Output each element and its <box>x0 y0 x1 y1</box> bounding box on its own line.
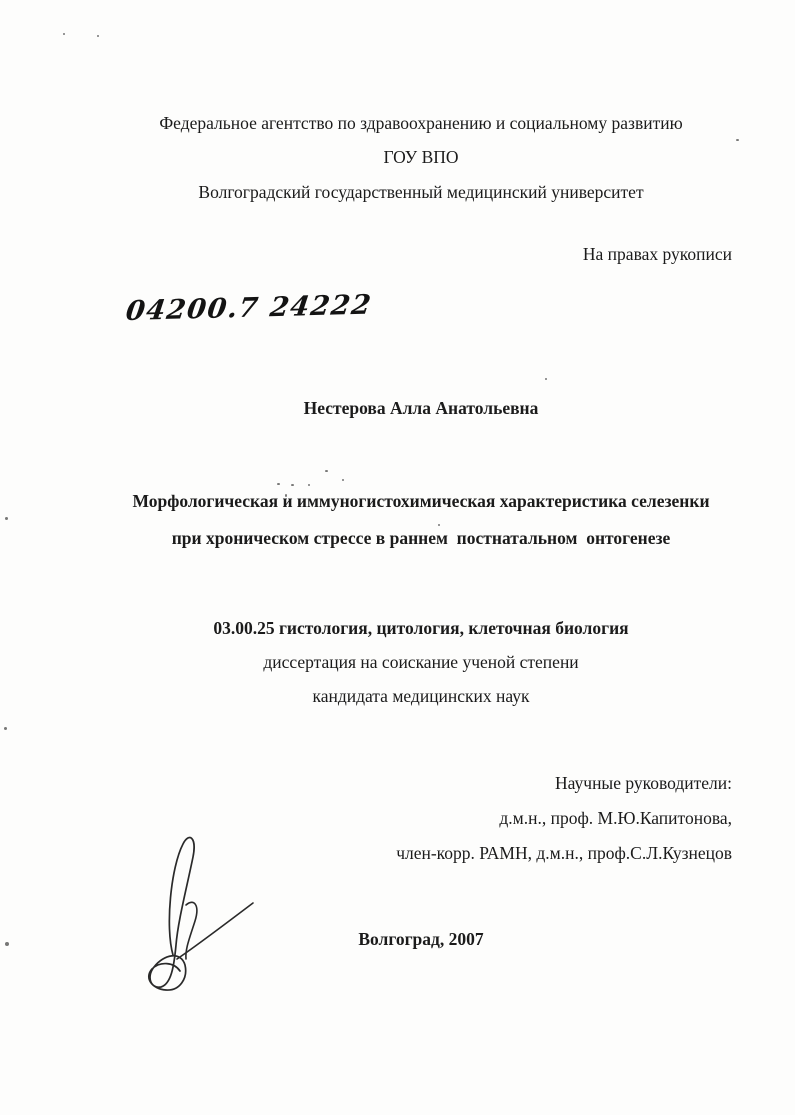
signature <box>140 831 258 999</box>
handwritten-registration-number: 04200.7 24222 <box>124 290 374 327</box>
scan-speck <box>97 35 99 37</box>
scan-speck <box>285 494 287 497</box>
scan-speck <box>63 33 65 35</box>
scan-speck <box>545 378 547 380</box>
scan-speck <box>277 483 280 485</box>
dissertation-title-line1: Морфологическая и иммуногистохимическая … <box>110 490 732 512</box>
thesis-degree-line1: диссертация на соискание ученой степени <box>110 651 732 673</box>
thesis-degree-line2: кандидата медицинских наук <box>110 685 732 707</box>
dissertation-title-page: Федеральное агентство по здравоохранению… <box>0 0 795 1115</box>
author-name: Нестерова Алла Анатольевна <box>110 397 732 419</box>
header-gou-vpo: ГОУ ВПО <box>110 146 732 168</box>
scan-speck <box>736 139 739 141</box>
scan-speck <box>438 524 440 526</box>
header-university: Волгоградский государственный медицински… <box>110 181 732 203</box>
supervisors-heading: Научные руководители: <box>110 772 732 794</box>
scan-speck <box>308 484 310 486</box>
scan-speck <box>291 484 294 486</box>
scan-speck <box>5 942 9 946</box>
scan-speck <box>342 479 344 481</box>
specialty-code: 03.00.25 гистология, цитология, клеточна… <box>110 617 732 639</box>
scan-speck <box>5 517 8 520</box>
header-agency: Федеральное агентство по здравоохранению… <box>110 112 732 134</box>
supervisor-1: д.м.н., проф. М.Ю.Капитонова, <box>110 807 732 829</box>
city-year: Волгоград, 2007 <box>110 928 732 950</box>
dissertation-title-line2: при хроническом стрессе в раннем постнат… <box>110 527 732 549</box>
scan-speck <box>325 470 328 472</box>
scan-speck <box>4 727 7 730</box>
manuscript-note: На правах рукописи <box>110 243 732 265</box>
